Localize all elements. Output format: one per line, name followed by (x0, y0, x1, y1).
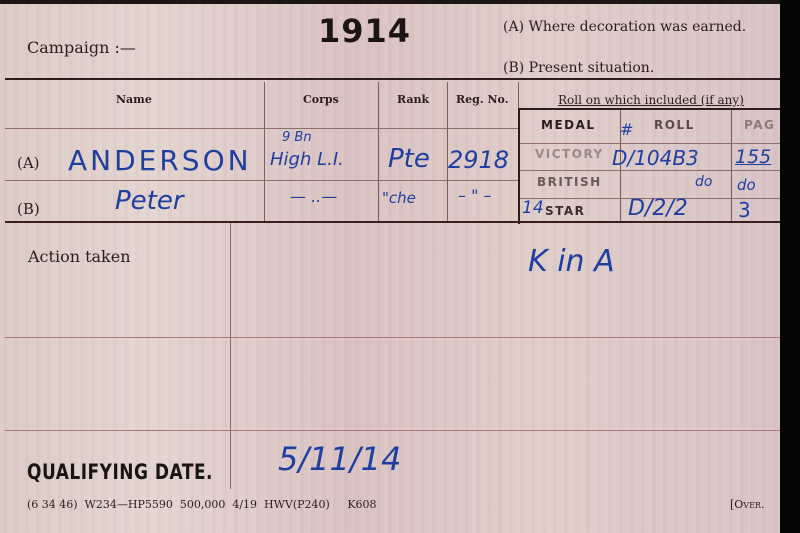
row-line-header (5, 128, 518, 129)
medal-star: STAR (545, 204, 585, 218)
action-label: Action taken (28, 247, 131, 266)
victory-roll: D/104B3 (612, 146, 699, 170)
medal-british: BRITISH (537, 175, 602, 189)
roll-header-page: PAG (744, 118, 775, 132)
medal-star-prefix: 14 (522, 198, 544, 218)
col-divider-1 (264, 82, 265, 222)
col-reg-no: Reg. No. (456, 93, 509, 106)
corps-battalion: 9 Bn (282, 130, 312, 145)
row-a-label: (A) (17, 154, 40, 172)
action-divider (230, 223, 231, 489)
medal-index-card: Campaign :— 1914 (A) Where decoration wa… (0, 4, 780, 533)
roll-row-line-1 (520, 143, 780, 144)
over-note: [Over. (730, 498, 764, 511)
roll-header-roll: ROLL (654, 118, 695, 132)
row-b-label: (B) (17, 200, 40, 218)
print-code: (6 34 46) W234—HP5590 500,000 4/19 HWV(P… (27, 498, 377, 511)
forename: Peter (115, 186, 184, 216)
qualifying-date-label: QUALIFYING DATE. (27, 460, 213, 485)
campaign-label: Campaign :— (27, 38, 136, 57)
surname: ANDERSON (68, 144, 252, 177)
section-divider (5, 221, 780, 223)
corps: High L.I. (270, 149, 344, 170)
col-roll: Roll on which included (if any) (558, 93, 744, 107)
reg-no-b: – " – (458, 186, 492, 205)
roll-header-medal: MEDAL (541, 118, 596, 132)
note-present-situation: (B) Present situation. (503, 60, 654, 76)
note-where-earned: (A) Where decoration was earned. (503, 19, 746, 35)
reg-no: 2918 (448, 146, 509, 174)
action-rule-2 (5, 430, 780, 431)
header-divider (5, 78, 780, 80)
rank-b: "che (382, 189, 416, 207)
medal-victory: VICTORY (535, 147, 604, 161)
victory-page: 155 (735, 146, 771, 168)
year-stamp: 1914 (318, 12, 411, 50)
roll-row-line-2 (520, 170, 780, 171)
row-line-a (5, 180, 518, 181)
action-rule-1 (5, 337, 780, 338)
scan-right-edge (780, 0, 800, 533)
col-corps: Corps (303, 93, 339, 106)
qualifying-date-value: 5/11/14 (278, 440, 401, 478)
star-roll-ditto: do (695, 174, 712, 190)
roll-hash-mark: # (620, 120, 633, 139)
rank: Pte (388, 144, 430, 174)
col-rank: Rank (397, 93, 429, 106)
corps-b-ditto: — ..— (290, 187, 337, 206)
star-page-ditto: do (737, 176, 756, 194)
col-name: Name (116, 93, 152, 106)
roll-col-divider-2 (731, 110, 732, 222)
star-page: 3 (738, 198, 751, 222)
action-value: K in A (528, 244, 615, 279)
col-divider-2 (378, 82, 379, 222)
star-roll: D/2/2 (628, 196, 688, 221)
